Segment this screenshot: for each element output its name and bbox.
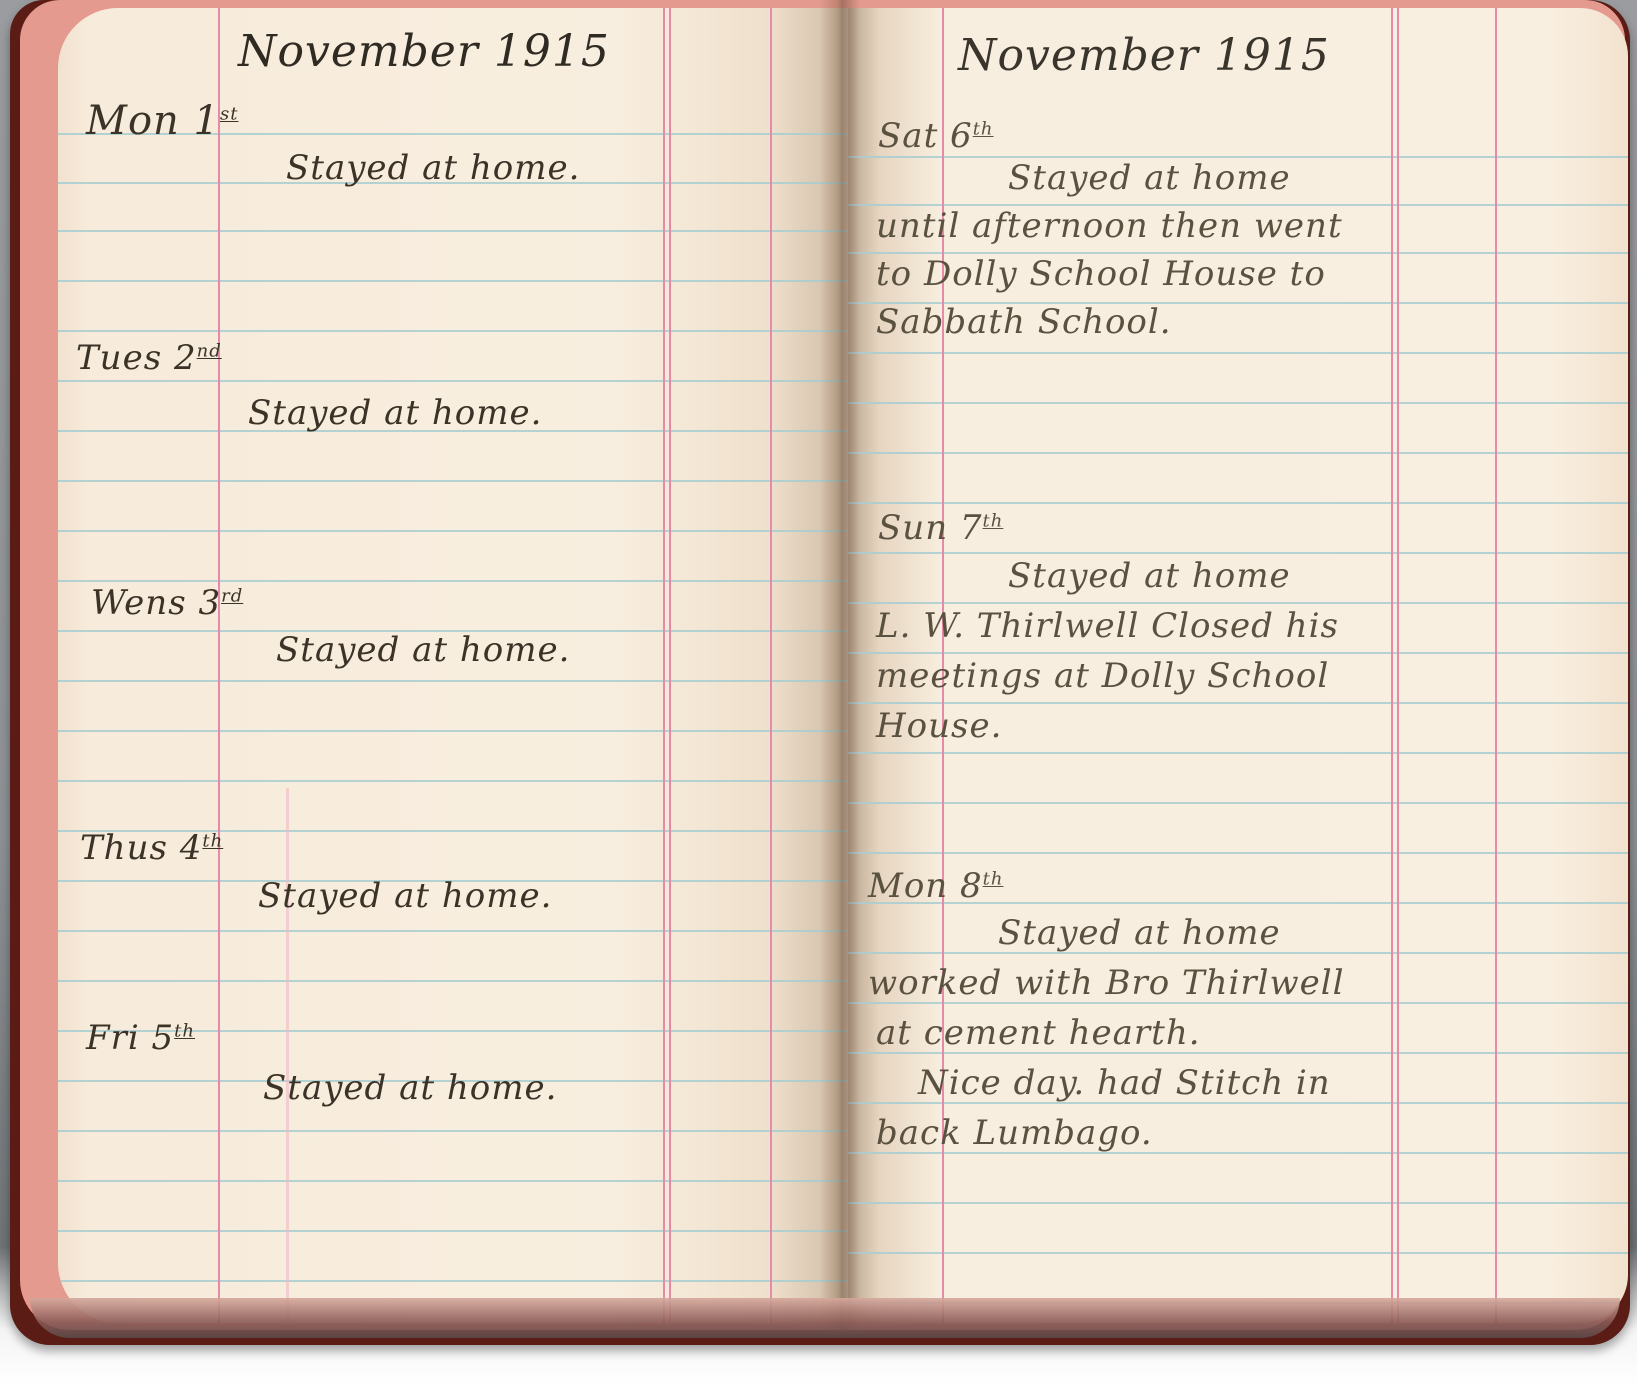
entry-text: L. W. Thirlwell Closed his (876, 606, 1339, 646)
page-block-bottom-edge (30, 1298, 1620, 1338)
entry-text: Stayed at home. (263, 1068, 557, 1108)
margin-line (1495, 8, 1497, 1323)
entry-date-mon-1: Mon 1st (86, 98, 238, 144)
entry-text: Stayed at home (998, 913, 1281, 953)
entry-text: Stayed at home. (258, 876, 552, 916)
left-page: November 1915 Mon 1st Stayed at home. Tu… (58, 8, 848, 1323)
ruling-line (848, 852, 1628, 854)
ruling-line (848, 752, 1628, 754)
entry-date-sun-7: Sun 7th (878, 508, 1003, 548)
margin-line (770, 8, 772, 1323)
ruling-line (58, 230, 848, 232)
entry-text: to Dolly School House to (876, 254, 1326, 294)
ruling-line (848, 352, 1628, 354)
ruling-line (848, 802, 1628, 804)
ruling-line (848, 652, 1628, 654)
ruling-line (58, 1230, 848, 1232)
ruling-line (58, 730, 848, 732)
entry-text: Stayed at home (1008, 158, 1291, 198)
ruling-line (58, 980, 848, 982)
entry-date-mon-8: Mon 8th (868, 866, 1003, 906)
entry-text: Nice day. had Stitch in (918, 1063, 1331, 1103)
ruling-line (58, 1130, 848, 1132)
ruling-line (58, 280, 848, 282)
entry-date-wens-3: Wens 3rd (91, 583, 243, 623)
entry-text: at cement hearth. (876, 1013, 1201, 1053)
margin-line (663, 8, 665, 1323)
entry-date-tues-2: Tues 2nd (76, 338, 222, 378)
ruling-line (58, 1180, 848, 1182)
ruling-line (848, 402, 1628, 404)
ruling-line (848, 502, 1628, 504)
ruling-line (58, 380, 848, 382)
ruling-line (58, 330, 848, 332)
ruling-line (58, 930, 848, 932)
ruling-line (848, 702, 1628, 704)
entry-text: meetings at Dolly School (876, 656, 1329, 696)
right-page: November 1915 Sat 6th Stayed at home unt… (848, 8, 1628, 1323)
ruling-line (848, 552, 1628, 554)
ruling-line (58, 480, 848, 482)
right-page-header: November 1915 (958, 30, 1330, 81)
ruling-line (58, 680, 848, 682)
ruling-line (848, 1252, 1628, 1254)
margin-line (1391, 8, 1393, 1323)
ruling-line (848, 1202, 1628, 1204)
ruling-line (848, 452, 1628, 454)
faint-margin-line (286, 788, 289, 1323)
margin-line (1397, 8, 1399, 1323)
ruling-line (848, 602, 1628, 604)
book-gutter (820, 0, 860, 1330)
ruling-line (58, 1280, 848, 1282)
left-page-header: November 1915 (238, 26, 610, 77)
ruling-line (58, 580, 848, 582)
entry-date-sat-6: Sat 6th (878, 116, 994, 156)
ruling-line (58, 530, 848, 532)
ruling-line (58, 780, 848, 782)
entry-text: Sabbath School. (876, 302, 1172, 342)
entry-date-fri-5: Fri 5th (86, 1018, 195, 1058)
entry-text: until afternoon then went (876, 206, 1343, 246)
entry-text: back Lumbago. (876, 1113, 1153, 1153)
entry-text: worked with Bro Thirlwell (868, 963, 1345, 1003)
entry-text: Stayed at home. (286, 148, 580, 188)
margin-line (669, 8, 671, 1323)
margin-line (218, 8, 220, 1323)
entry-date-thus-4: Thus 4th (80, 828, 223, 868)
entry-text: Stayed at home. (276, 630, 570, 670)
entry-text: Stayed at home (1008, 556, 1291, 596)
entry-text: Stayed at home. (248, 393, 542, 433)
entry-text: House. (876, 706, 1002, 746)
